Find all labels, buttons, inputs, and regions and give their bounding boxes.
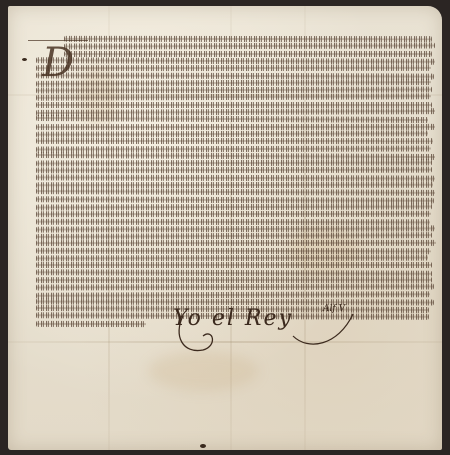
manuscript-line (64, 43, 435, 50)
manuscript-line (36, 160, 432, 167)
manuscript-line (36, 232, 432, 240)
manuscript-line (36, 65, 431, 71)
manuscript-line (64, 51, 432, 57)
manuscript-line (36, 211, 431, 217)
ink-mark (22, 58, 27, 61)
manuscript-line (36, 321, 146, 327)
manuscript-line (36, 138, 433, 144)
manuscript-line (36, 167, 432, 174)
manuscript-line (36, 291, 430, 299)
manuscript-line (36, 130, 428, 137)
manuscript-line (64, 36, 432, 42)
manuscript-line (36, 152, 435, 160)
manuscript-line (36, 188, 435, 196)
royal-signature: Yo el Rey (173, 306, 373, 356)
manuscript-line (36, 182, 433, 189)
manuscript-line (36, 72, 434, 79)
manuscript-line (36, 57, 435, 65)
manuscript-line (36, 102, 432, 108)
manuscript-line (36, 218, 430, 225)
manuscript-text-block (36, 24, 440, 330)
manuscript-line (36, 240, 436, 246)
ink-mark (200, 444, 206, 448)
scan-background: D Alf V Yo el Rey (0, 0, 450, 455)
manuscript-line (36, 225, 435, 232)
parchment-sheet: D Alf V Yo el Rey (8, 6, 442, 450)
manuscript-line (36, 262, 432, 268)
manuscript-line (36, 203, 432, 210)
manuscript-line (36, 79, 431, 87)
manuscript-line (36, 115, 429, 123)
manuscript-line (36, 284, 434, 291)
manuscript-line (36, 123, 435, 129)
manuscript-line (36, 196, 434, 204)
manuscript-line (36, 145, 431, 152)
manuscript-line (36, 269, 433, 276)
manuscript-line (36, 174, 435, 181)
manuscript-line (36, 255, 428, 262)
manuscript-line (36, 277, 432, 283)
signature-text: Yo el Rey (173, 306, 293, 331)
manuscript-line (36, 94, 431, 101)
manuscript-line (36, 298, 434, 305)
manuscript-line (36, 247, 431, 254)
